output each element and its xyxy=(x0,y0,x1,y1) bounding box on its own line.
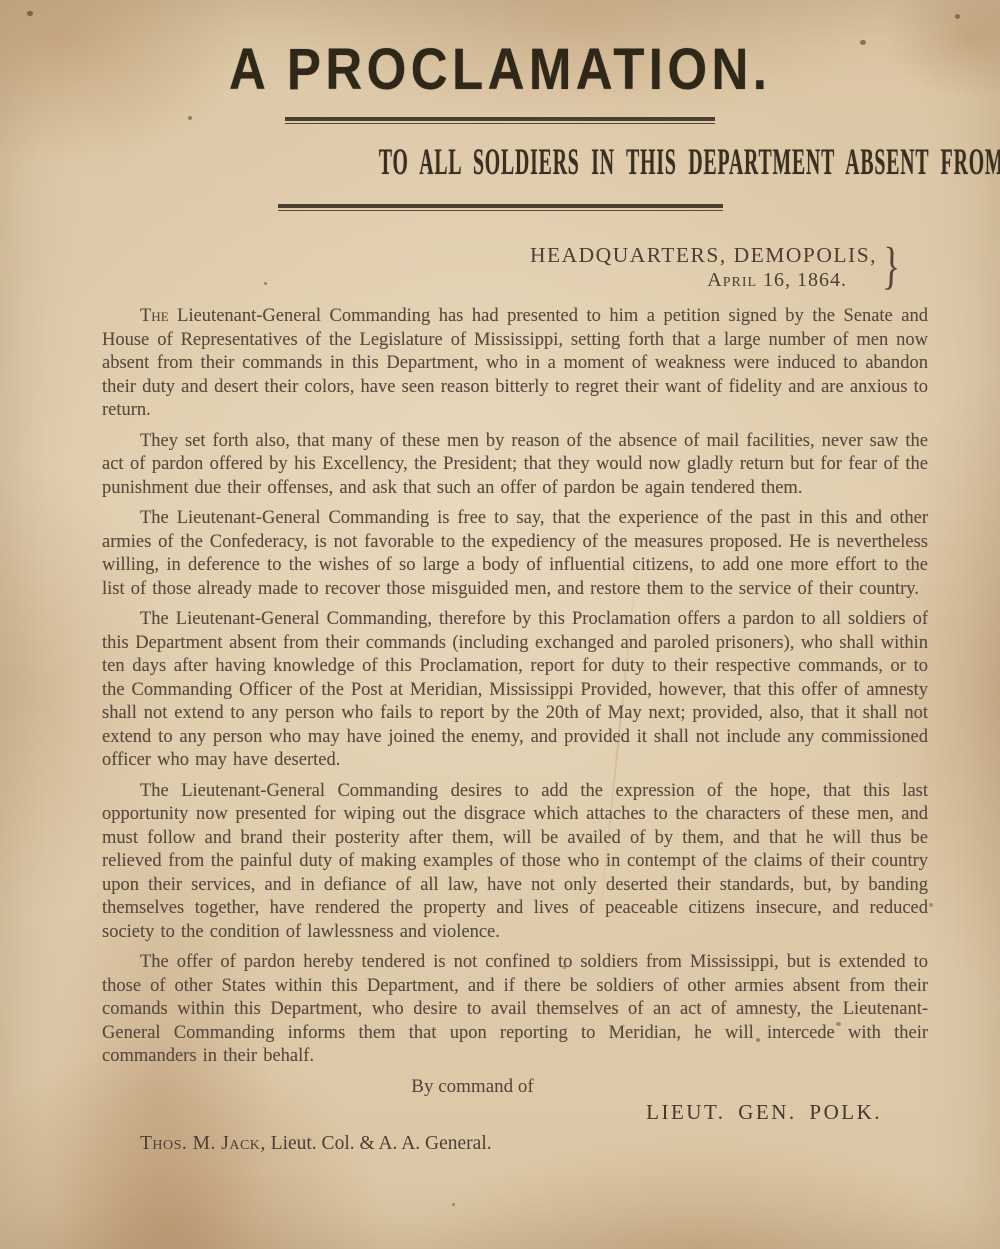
paper-speck xyxy=(188,116,192,120)
adjutant-line: Thos. M. Jack, Lieut. Col. & A. A. Gener… xyxy=(0,1133,1000,1155)
paper-speck xyxy=(452,1203,455,1206)
proclamation-document: A PROCLAMATION. TO ALL SOLDIERS IN THIS … xyxy=(0,0,1000,1249)
paragraph-3-text: The Lieutenant-General Commanding is fre… xyxy=(102,508,928,599)
brace-glyph: } xyxy=(882,240,901,293)
commander-name: LIEUT. GEN. POLK. xyxy=(0,1100,1000,1125)
paragraph-1-text: Lieutenant-General Commanding has had pr… xyxy=(102,306,928,420)
paper-speck xyxy=(929,903,933,907)
dateline: HEADQUARTERS, DEMOPOLIS, April 16, 1864.… xyxy=(0,241,1000,293)
dateline-lines: HEADQUARTERS, DEMOPOLIS, April 16, 1864. xyxy=(530,243,877,292)
paragraph-6: The offer of pardon hereby tendered is n… xyxy=(102,951,928,1069)
paper-speck xyxy=(860,40,866,45)
subtitle-row: TO ALL SOLDIERS IN THIS DEPARTMENT ABSEN… xyxy=(0,144,1000,186)
dateline-headquarters: HEADQUARTERS, DEMOPOLIS, xyxy=(530,243,877,268)
document-subtitle: TO ALL SOLDIERS IN THIS DEPARTMENT ABSEN… xyxy=(379,142,1000,184)
paragraph-4-text: The Lieutenant-General Commanding, there… xyxy=(102,609,928,770)
paragraph-3: The Lieutenant-General Commanding is fre… xyxy=(102,507,928,601)
paragraph-4: The Lieutenant-General Commanding, there… xyxy=(102,608,928,773)
document-title: A PROCLAMATION. xyxy=(229,36,771,103)
body-text: The Lieutenant-General Commanding has ha… xyxy=(0,305,1000,1069)
paragraph-5: The Lieutenant-General Commanding desire… xyxy=(102,780,928,945)
paragraph-2: They set forth also, that many of these … xyxy=(102,430,928,501)
paragraph-6-text: The offer of pardon hereby tendered is n… xyxy=(102,952,928,1066)
paper-speck xyxy=(27,11,33,16)
paper-speck xyxy=(756,1038,760,1042)
paper-speck xyxy=(563,966,566,969)
dateline-date: April 16, 1864. xyxy=(530,269,877,292)
by-command-line: By command of xyxy=(0,1076,1000,1098)
paragraph-2-text: They set forth also, that many of these … xyxy=(102,431,928,498)
divider-rule-top xyxy=(285,117,715,124)
divider-rule-bottom xyxy=(278,204,723,211)
adjutant-name: Thos. M. Jack, xyxy=(140,1133,266,1154)
paragraph-1: The Lieutenant-General Commanding has ha… xyxy=(102,305,928,423)
paper-speck xyxy=(836,1022,841,1026)
paragraph-5-text: The Lieutenant-General Commanding desire… xyxy=(102,781,928,942)
adjutant-title: Lieut. Col. & A. A. General. xyxy=(266,1133,492,1154)
paragraph-1-lead: The xyxy=(140,306,169,326)
paper-speck xyxy=(955,14,960,19)
title-row: A PROCLAMATION. xyxy=(0,36,1000,103)
paper-speck xyxy=(264,282,267,285)
